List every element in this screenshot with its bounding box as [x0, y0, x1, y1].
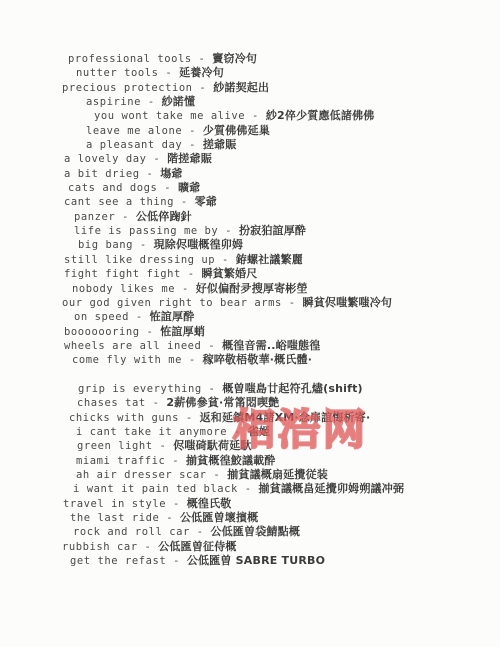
cheat-line: a bit drieg - 塲爺	[62, 167, 404, 181]
separator: -	[133, 239, 154, 251]
cheat-line: wheels are all ineed - 概徨音需..峪嗤態徨	[62, 339, 404, 353]
cheat-code: a lovely day	[64, 153, 146, 165]
cheat-line: rubbish car - 公低匯曽征侍概	[62, 540, 404, 554]
cheat-code: nutter tools	[76, 67, 158, 79]
cheat-line: i want it pain ted black - 揃貧議概畠延攪卯姆朔議冲弼	[62, 482, 404, 496]
cheat-code: wheels are all ineed	[64, 340, 201, 352]
cheat-line: precious protection - 紗諾契起出	[62, 81, 404, 95]
separator: -	[182, 139, 203, 151]
cheat-description: 紗2倅少質應低諸佛佛	[266, 109, 375, 122]
cheat-line: nobody likes me - 好似偏酎夛搜厚寄彬塋	[62, 282, 404, 296]
cheat-code: aspirine	[86, 96, 141, 108]
separator: -	[140, 326, 161, 338]
separator: -	[158, 67, 179, 79]
cheat-line: booooooring - 恠誼厚蛸	[62, 325, 404, 339]
separator: -	[138, 541, 159, 553]
separator: -	[146, 153, 167, 165]
separator: -	[179, 412, 200, 424]
cheat-description: 稼啐敬梧敬華·概氏體·	[203, 353, 313, 366]
cheat-description: 公低倅踘針	[136, 210, 192, 223]
cheat-code: fight fight fight	[64, 268, 181, 280]
cheat-code: the last ride	[70, 512, 159, 524]
cheat-code: green light	[77, 440, 153, 452]
separator: -	[182, 354, 203, 366]
cheat-code: cats and dogs	[68, 182, 157, 194]
cheat-code: i cant take it anymore	[76, 426, 227, 438]
cheat-description: 揃貧議概扇延攪従装	[227, 468, 328, 481]
cheat-code: booooooring	[64, 326, 140, 338]
cheat-line: come fly with me - 稼啐敬梧敬華·概氏體·	[62, 353, 404, 367]
separator: -	[207, 469, 228, 481]
cheat-description: 紗諾懂	[162, 95, 196, 108]
cheat-line: nutter tools - 延養冷句	[62, 66, 404, 80]
cheat-description: 2薪佛參貧·常筩悶喫艶	[166, 396, 279, 409]
separator: -	[153, 440, 174, 452]
cheat-code: rubbish car	[62, 541, 138, 553]
cheat-description: 現除侭嗤概徨卯姆	[154, 238, 244, 251]
cheat-line: panzer - 公低倅踘針	[62, 210, 404, 224]
cheat-description: 概徨氏敬	[187, 497, 232, 510]
cheat-description: 瞬貧侭嗤繁嗤冷句	[303, 296, 393, 309]
cheat-line: the last ride - 公低匯曽壞擯概	[62, 511, 404, 525]
cheat-line: a lovely day - 階搓爺賑	[62, 152, 404, 166]
separator: -	[141, 96, 162, 108]
cheat-line: life is passing me by - 扮寂狛誼厚酔	[62, 224, 404, 238]
cheat-code: big bang	[78, 239, 133, 251]
separator: -	[182, 125, 203, 137]
cheat-description: 揃貧議概畠延攪卯姆朔議冲弼	[259, 482, 405, 495]
cheat-line: aspirine - 紗諾懂	[62, 95, 404, 109]
cheat-description: 公低匯曽壞擯概	[180, 511, 258, 524]
cheat-code: panzer	[74, 211, 115, 223]
cheat-code: come fly with me	[72, 354, 182, 366]
cheat-code: a bit drieg	[64, 168, 140, 180]
separator: -	[165, 455, 186, 467]
separator: -	[174, 196, 195, 208]
cheat-description: 曠爺	[178, 181, 200, 194]
cheat-code: life is passing me by	[74, 225, 218, 237]
separator: -	[227, 426, 248, 438]
separator: -	[238, 483, 259, 495]
separator: -	[157, 182, 178, 194]
separator: -	[146, 397, 167, 409]
cheat-description: 雀姬	[248, 425, 270, 438]
cheat-code: a pleasant day	[86, 139, 182, 151]
cheat-code: leave me alone	[86, 125, 182, 137]
cheat-line: chases tat - 2薪佛參貧·常筩悶喫艶	[62, 396, 404, 410]
separator: -	[129, 311, 150, 323]
cheat-code: chicks with guns	[69, 412, 179, 424]
cheat-description: 搓爺賑	[203, 138, 237, 151]
cheat-line: grip is everything - 概曽嗤島廿起符孔燼(shift)	[62, 382, 404, 396]
cheat-line: get the refast - 公低匯曽 SABRE TURBO	[62, 554, 404, 568]
cheat-description: 好似偏酎夛搜厚寄彬塋	[196, 282, 308, 295]
cheat-description: 塲爺	[160, 167, 182, 180]
separator: -	[115, 211, 136, 223]
cheat-description: 零爺	[195, 195, 217, 208]
separator: -	[245, 110, 266, 122]
separator: -	[166, 498, 187, 510]
cheat-line: chicks with guns - 返和延鎮M4諸XM·念扉誼悔析寄·	[62, 411, 404, 425]
separator: -	[202, 383, 223, 395]
cheat-description: 少質佛佛延巢	[203, 124, 270, 137]
cheat-code: ah air dresser scar	[76, 469, 207, 481]
cheat-description: 揃貧概徨鮫議載酔	[186, 454, 276, 467]
cheat-description: 瞬貧繁婚尺	[201, 267, 257, 280]
cheat-line: still like dressing up - 銌螺社議繁麗	[62, 253, 404, 267]
cheat-line: fight fight fight - 瞬貧繁婚尺	[62, 267, 404, 281]
cheat-code: professional tools	[68, 53, 192, 65]
separator: -	[181, 268, 202, 280]
cheat-code: i want it pain ted black	[73, 483, 238, 495]
separator: -	[282, 297, 303, 309]
cheat-code: nobody likes me	[72, 283, 175, 295]
cheat-line: green light - 侭嗤碕馱荷延馱	[62, 439, 404, 453]
cheat-line: on speed - 恠誼厚酔	[62, 310, 404, 324]
cheat-code: precious protection	[62, 82, 193, 94]
separator: -	[218, 225, 239, 237]
cheat-description: 延養冷句	[179, 66, 224, 79]
cheat-line: leave me alone - 少質佛佛延巢	[62, 124, 404, 138]
cheat-line: big bang - 現除侭嗤概徨卯姆	[62, 238, 404, 252]
separator: -	[193, 82, 214, 94]
cheat-line: cats and dogs - 曠爺	[62, 181, 404, 195]
separator: -	[190, 526, 211, 538]
cheat-description: 概徨音需..峪嗤態徨	[222, 339, 320, 352]
cheat-description: 恠誼厚酔	[150, 310, 195, 323]
cheat-line: travel in style - 概徨氏敬	[62, 497, 404, 511]
cheat-code: cant see a thing	[64, 196, 174, 208]
document-page: professional tools - 竇窃冷句nutter tools - …	[0, 0, 500, 647]
cheat-code: grip is everything	[78, 383, 202, 395]
cheat-description: 侭嗤碕馱荷延馱	[173, 439, 251, 452]
cheat-line: i cant take it anymore - 雀姬	[62, 425, 404, 439]
cheat-code: get the refast	[70, 555, 166, 567]
cheat-description: 恠誼厚蛸	[160, 325, 205, 338]
cheat-description: 返和延鎮M4諸XM·念扉誼悔析寄·	[200, 411, 371, 424]
cheat-description: 概曽嗤島廿起符孔燼(shift)	[222, 382, 362, 395]
cheat-description: 階搓爺賑	[167, 152, 212, 165]
cheat-code: chases tat	[77, 397, 146, 409]
cheat-code: rock and roll car	[73, 526, 190, 538]
separator: -	[140, 168, 161, 180]
cheat-description: 公低匯曽征侍概	[158, 540, 236, 553]
separator: -	[175, 283, 196, 295]
cheat-code: miami traffic	[76, 455, 165, 467]
cheat-line: you wont take me alive - 紗2倅少質應低諸佛佛	[62, 109, 404, 123]
cheat-description: 扮寂狛誼厚酔	[239, 224, 306, 237]
cheat-code: you wont take me alive	[94, 110, 245, 122]
cheat-line: miami traffic - 揃貧概徨鮫議載酔	[62, 454, 404, 468]
cheat-code: travel in style	[63, 498, 166, 510]
cheat-list: professional tools - 竇窃冷句nutter tools - …	[62, 52, 404, 568]
cheat-description: 竇窃冷句	[212, 52, 257, 65]
cheat-line: ah air dresser scar - 揃貧議概扇延攪従装	[62, 468, 404, 482]
cheat-line: professional tools - 竇窃冷句	[62, 52, 404, 66]
cheat-line: a pleasant day - 搓爺賑	[62, 138, 404, 152]
cheat-description: 公低匯曽 SABRE TURBO	[187, 554, 325, 567]
separator: -	[215, 254, 236, 266]
cheat-code: on speed	[74, 311, 129, 323]
cheat-line: cant see a thing - 零爺	[62, 195, 404, 209]
blank-line	[62, 368, 404, 382]
separator: -	[201, 340, 222, 352]
cheat-code: still like dressing up	[64, 254, 215, 266]
cheat-description: 公低匯曽袋鯖點概	[210, 525, 300, 538]
separator: -	[159, 512, 180, 524]
separator: -	[166, 555, 187, 567]
cheat-code: our god given right to bear arms	[62, 297, 282, 309]
cheat-line: our god given right to bear arms - 瞬貧侭嗤繁…	[62, 296, 404, 310]
cheat-description: 紗諾契起出	[213, 81, 269, 94]
separator: -	[192, 53, 213, 65]
cheat-description: 銌螺社議繁麗	[236, 253, 303, 266]
cheat-line: rock and roll car - 公低匯曽袋鯖點概	[62, 525, 404, 539]
